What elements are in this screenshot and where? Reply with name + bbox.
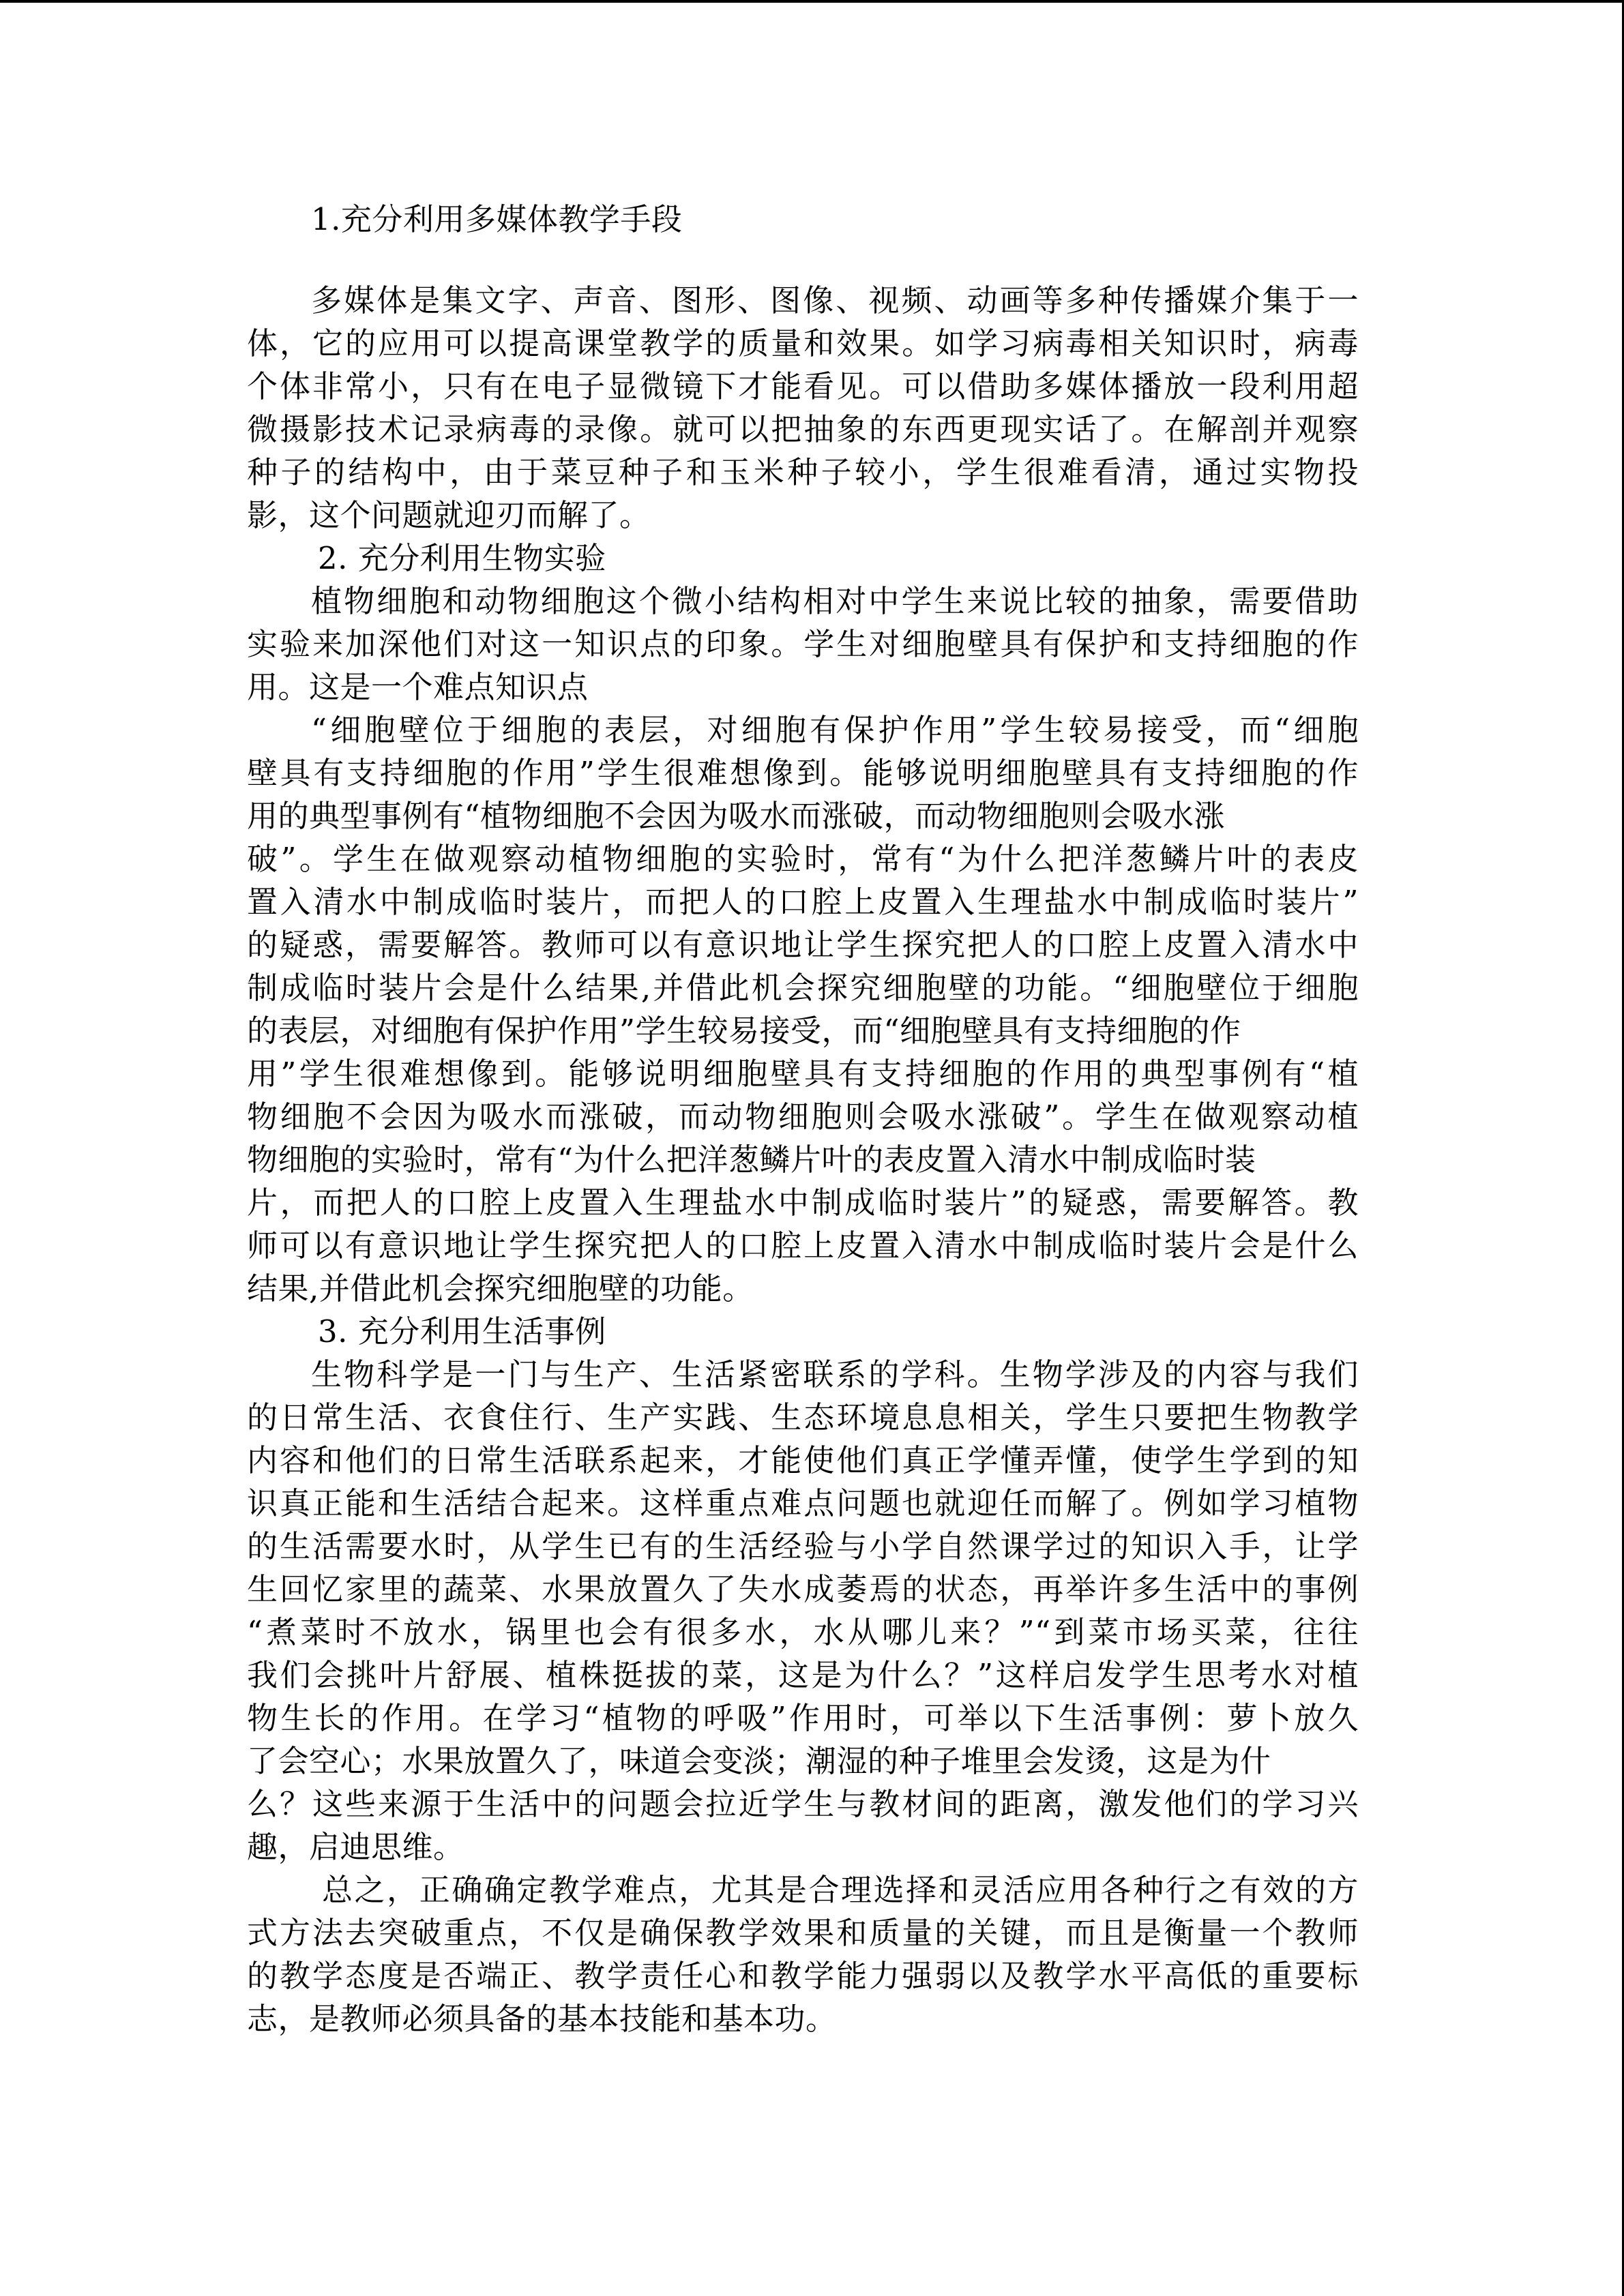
- paragraph-line: 个体非常小，只有在电子显微镜下才能看见。可以借助多媒体播放一段利用超: [247, 365, 1359, 408]
- paragraph-line: 置入清水中制成临时装片，而把人的口腔上皮置入生理盐水中制成临时装片”: [247, 880, 1359, 923]
- paragraph-line: 生回忆家里的蔬菜、水果放置久了失水成萎焉的状态，再举许多生活中的事例: [247, 1568, 1359, 1611]
- paragraph-line: 物细胞的实验时，常有“为什么把洋葱鳞片叶的表皮置入清水中制成临时装: [247, 1138, 1359, 1181]
- paragraph-line: 了会空心；水果放置久了，味道会变淡；潮湿的种子堆里会发烫，这是为什: [247, 1740, 1359, 1783]
- paragraph-line: 志，是教师必须具备的基本技能和基本功。: [247, 1997, 1359, 2040]
- paragraph-line: 的表层，对细胞有保护作用”学生较易接受，而“细胞壁具有支持细胞的作: [247, 1009, 1359, 1052]
- paragraph-line: “细胞壁位于细胞的表层，对细胞有保护作用”学生较易接受，而“细胞: [247, 709, 1359, 751]
- paragraph-line: 识真正能和生活结合起来。这样重点难点问题也就迎任而解了。例如学习植物: [247, 1482, 1359, 1525]
- paragraph-line: 的教学态度是否端正、教学责任心和教学能力强弱以及教学水平高低的重要标: [247, 1954, 1359, 1997]
- paragraph-conclusion: 总之，正确确定教学难点，尤其是合理选择和灵活应用各种行之有效的方 式方法去突破重…: [247, 1868, 1359, 2040]
- paragraph-line: 结果,并借此机会探究细胞壁的功能。: [247, 1267, 1359, 1310]
- paragraph-line: 我们会挑叶片舒展、植株挺拔的菜，这是为什么？”这样启发学生思考水对植: [247, 1654, 1359, 1697]
- paragraph-line: 用的典型事例有“植物细胞不会因为吸水而涨破，而动物细胞则会吸水涨: [247, 794, 1359, 837]
- paragraph-line: 种子的结构中，由于菜豆种子和玉米种子较小，学生很难看清，通过实物投: [247, 451, 1359, 494]
- paragraph-experiment-intro: 植物细胞和动物细胞这个微小结构相对中学生来说比较的抽象，需要借助 实验来加深他们…: [247, 580, 1359, 709]
- section-heading-2: 2. 充分利用生物实验: [247, 537, 1359, 580]
- paragraph-line: “煮菜时不放水，锅里也会有很多水，水从哪儿来？”“到菜市场买菜，往往: [247, 1611, 1359, 1654]
- paragraph-line: 趣，启迪思维。: [247, 1825, 1359, 1868]
- paragraph-line: 么？这些来源于生活中的问题会拉近学生与教材间的距离，激发他们的学习兴: [247, 1783, 1359, 1825]
- paragraph-line: 物生长的作用。在学习“植物的呼吸”作用时，可举以下生活事例：萝卜放久: [247, 1697, 1359, 1740]
- paragraph-line: 内容和他们的日常生活联系起来，才能使他们真正学懂弄懂，使学生学到的知: [247, 1439, 1359, 1482]
- paragraph-line: 多媒体是集文字、声音、图形、图像、视频、动画等多种传播媒介集于一: [247, 279, 1359, 322]
- paragraph-line: 植物细胞和动物细胞这个微小结构相对中学生来说比较的抽象，需要借助: [247, 580, 1359, 623]
- section-heading-3: 3. 充分利用生活事例: [247, 1310, 1359, 1353]
- paragraph-line: 破”。学生在做观察动植物细胞的实验时，常有“为什么把洋葱鳞片叶的表皮: [247, 837, 1359, 880]
- paragraph-life-examples: 生物科学是一门与生产、生活紧密联系的学科。生物学涉及的内容与我们 的日常生活、衣…: [247, 1353, 1359, 1868]
- paragraph-line: 壁具有支持细胞的作用”学生很难想像到。能够说明细胞壁具有支持细胞的作: [247, 751, 1359, 794]
- paragraph-line: 式方法去突破重点，不仅是确保教学效果和质量的关键，而且是衡量一个教师: [247, 1911, 1359, 1954]
- paragraph-line: 物细胞不会因为吸水而涨破，而动物细胞则会吸水涨破”。学生在做观察动植: [247, 1095, 1359, 1138]
- paragraph-line: 微摄影技术记录病毒的录像。就可以把抽象的东西更现实话了。在解剖并观察: [247, 408, 1359, 451]
- paragraph-line: 生物科学是一门与生产、生活紧密联系的学科。生物学涉及的内容与我们: [247, 1353, 1359, 1396]
- section-heading-1: 1.充分利用多媒体教学手段: [247, 198, 1359, 241]
- paragraph-line: 的日常生活、衣食住行、生产实践、生态环境息息相关，学生只要把生物教学: [247, 1396, 1359, 1439]
- paragraph-line: 用”学生很难想像到。能够说明细胞壁具有支持细胞的作用的典型事例有“植: [247, 1052, 1359, 1095]
- paragraph-line: 总之，正确确定教学难点，尤其是合理选择和灵活应用各种行之有效的方: [247, 1868, 1359, 1911]
- paragraph-line: 影，这个问题就迎刃而解了。: [247, 494, 1359, 537]
- paragraph-line: 体，它的应用可以提高课堂教学的质量和效果。如学习病毒相关知识时，病毒: [247, 322, 1359, 365]
- paragraph-line: 的疑惑，需要解答。教师可以有意识地让学生探究把人的口腔上皮置入清水中: [247, 923, 1359, 966]
- paragraph-line: 的生活需要水时，从学生已有的生活经验与小学自然课学过的知识入手，让学: [247, 1525, 1359, 1568]
- paragraph-line: 师可以有意识地让学生探究把人的口腔上皮置入清水中制成临时装片会是什么: [247, 1224, 1359, 1267]
- paragraph-multimedia: 多媒体是集文字、声音、图形、图像、视频、动画等多种传播媒介集于一 体，它的应用可…: [247, 279, 1359, 537]
- page-border-top: [0, 0, 1624, 3]
- paragraph-line: 实验来加深他们对这一知识点的印象。学生对细胞壁具有保护和支持细胞的作: [247, 623, 1359, 666]
- document-body: 1.充分利用多媒体教学手段 多媒体是集文字、声音、图形、图像、视频、动画等多种传…: [247, 198, 1359, 2040]
- paragraph-line: 用。这是一个难点知识点: [247, 666, 1359, 709]
- paragraph-line: 制成临时装片会是什么结果,并借此机会探究细胞壁的功能。“细胞壁位于细胞: [247, 966, 1359, 1009]
- paragraph-line: 片，而把人的口腔上皮置入生理盐水中制成临时装片”的疑惑，需要解答。教: [247, 1181, 1359, 1224]
- paragraph-cell-wall: “细胞壁位于细胞的表层，对细胞有保护作用”学生较易接受，而“细胞 壁具有支持细胞…: [247, 709, 1359, 1310]
